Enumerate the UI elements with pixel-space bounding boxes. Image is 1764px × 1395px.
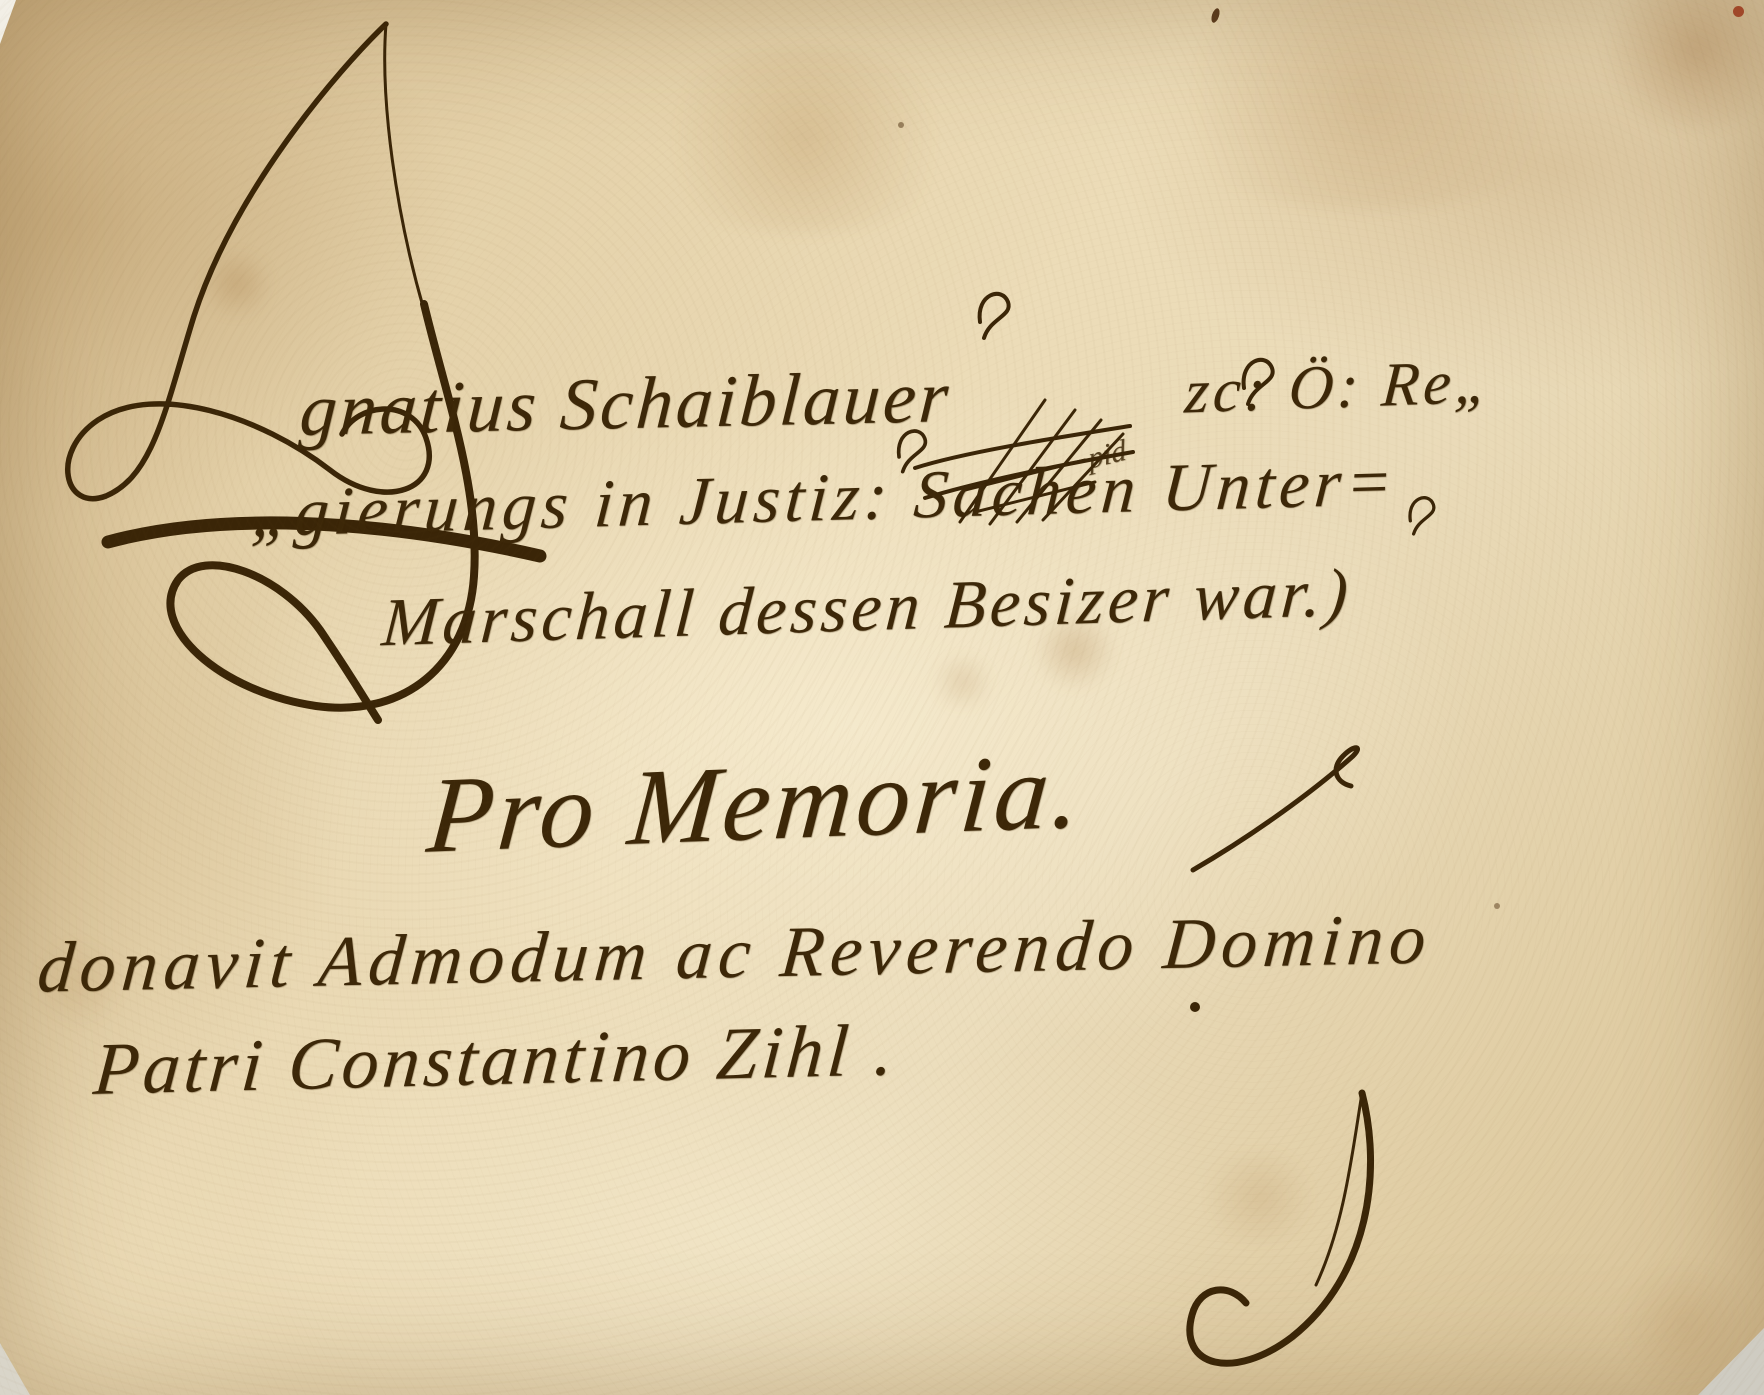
ink-speck bbox=[1210, 7, 1221, 23]
stain-top-center bbox=[640, 48, 970, 233]
photo-corner-bottom-left bbox=[0, 1343, 30, 1395]
photo-corner-bottom-right bbox=[1698, 1328, 1764, 1395]
photo-corner-top-left bbox=[0, 0, 16, 44]
ink-speck bbox=[1494, 903, 1500, 909]
manuscript-page: gnatius Schaiblauer zc: Ö: Re„ pid „gier… bbox=[0, 0, 1764, 1395]
stain-bottom-right bbox=[1610, 1265, 1760, 1385]
manuscript-line1-abbrev: zc: Ö: Re„ bbox=[1183, 347, 1496, 429]
manuscript-line5: Patri Constantino Zihl . bbox=[91, 1008, 901, 1113]
red-speck bbox=[1733, 6, 1744, 17]
flourish-mark bbox=[968, 282, 1018, 360]
manuscript-heading: Pro Memoria. bbox=[423, 729, 1089, 879]
stain-top-right bbox=[1140, 0, 1600, 210]
manuscript-line1-name: gnatius Schaiblauer bbox=[297, 355, 954, 454]
manuscript-line4: donavit Admodum ac Reverendo Domino bbox=[35, 897, 1435, 1009]
memoria-swash-flourish bbox=[1185, 742, 1375, 892]
zihl-descender-flourish bbox=[1130, 1085, 1390, 1395]
stain-mid-2 bbox=[930, 655, 996, 709]
flourish-mark bbox=[1232, 348, 1282, 426]
stain-corner-top-right bbox=[1596, 0, 1764, 130]
heading-period-dot bbox=[1190, 1002, 1200, 1012]
ink-speck bbox=[898, 122, 904, 128]
flourish-mark bbox=[1400, 488, 1442, 552]
